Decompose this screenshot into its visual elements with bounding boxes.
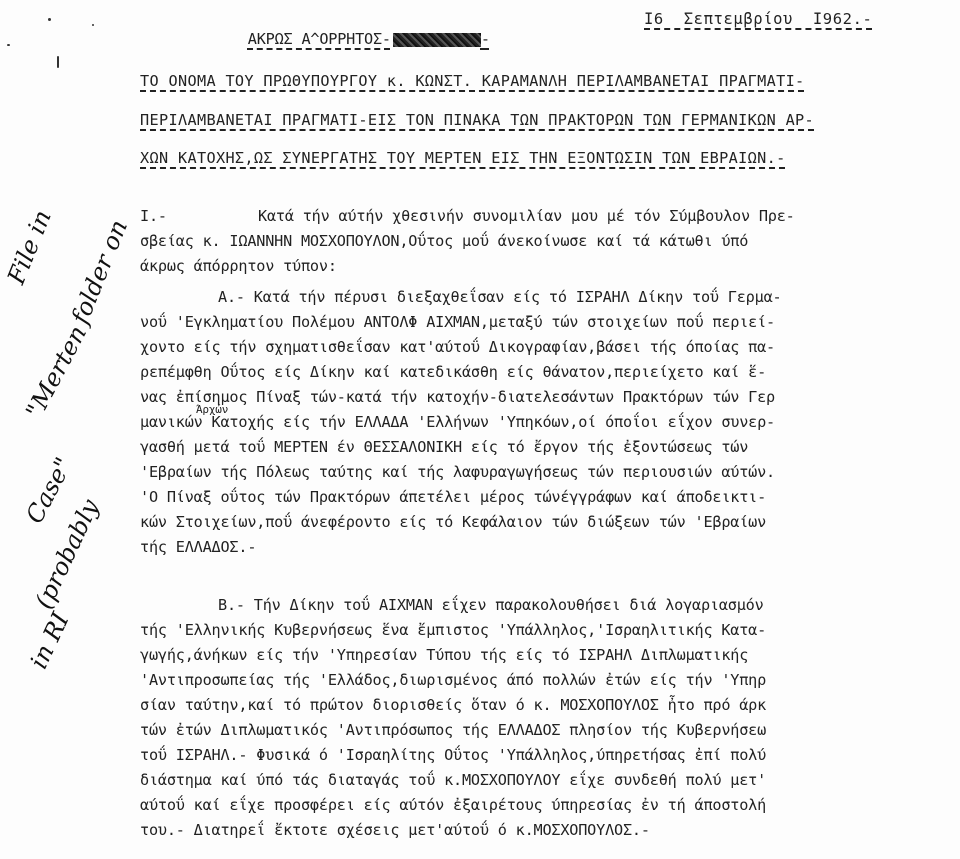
paragraph-a-line-1: Α.- Κατά τήν πέρυσι διεξαχθεΐσαν είς τό … — [218, 287, 781, 307]
paragraph-a-line-7: γασθή μετά τοΰ ΜΕΡΤΕΝ έν ΘΕΣΣΑΛΟΝΙΚΗ είς… — [140, 437, 748, 457]
paragraph-a-line-3: χοντο είς τήν σχηματισθεΐσαν κατ'αύτοΰ Δ… — [140, 337, 775, 357]
speck — [7, 44, 10, 46]
margin-note-folder-on: folder on — [66, 216, 133, 328]
paragraph-b-line-9: αύτοΰ καί εΐχε προσφέρει είς αύτόν ἐξαιρ… — [140, 795, 766, 815]
paragraph-b-line-2: τής 'Ελληνικής Κυβερνήσεως ἕνα ἔμπιστος … — [140, 620, 766, 640]
paragraph-a-line-10: κών Στοιχείων,ποΰ άνεφέροντο είς τό Κεφά… — [140, 512, 766, 532]
margin-note-file-in: File in — [2, 206, 57, 288]
speck — [48, 18, 51, 21]
paragraph-a-line-6: μανικών Κατοχής είς τήν ΕΛΛΑΔΑ 'Ελλήνων … — [140, 412, 775, 432]
title-line-1: ΤΟ ΟΝΟΜΑ ΤΟΥ ΠΡΩΘΥΠΟΥΡΓΟΥ κ. ΚΩΝΣΤ. ΚΑΡΑ… — [140, 71, 805, 91]
section-1-number: Ι.- — [140, 206, 167, 226]
paragraph-b-line-1: Β.- Τήν Δίκην τοΰ ΑΙΧΜΑΝ εΐχεν παρακολου… — [218, 595, 764, 615]
margin-note-merten: "Merten — [20, 321, 92, 423]
classification-label: ΑΚΡΩΣ Α^ΟΡΡΗΤΟΣ- — [248, 30, 391, 48]
paragraph-a-line-2: νοΰ 'Εγκληματίου Πολέμου ΑΝΤΟΛΦ ΑΙΧΜΑΝ,μ… — [140, 312, 775, 332]
paragraph-b-line-10: του.- Διατηρεΐ ἔκτοτε σχέσεις μετ'αύτοΰ … — [140, 820, 650, 840]
section-1-line-2: σβείας κ. ΙΩΑΝΝΗΝ ΜΟΣΧΟΠΟΥΛΟΝ,Οΰτος μοΰ … — [140, 231, 748, 251]
interlinear-note: Άρχών — [196, 400, 228, 420]
paragraph-a-line-4: ρεπέμφθη Οΰτος είς Δίκην καί κατεδικάσθη… — [140, 362, 766, 382]
section-1-line-3: άκρως άπόρρητον τύπον: — [140, 256, 337, 276]
title-line-3: ΧΩΝ ΚΑΤΟΧΗΣ,ΩΣ ΣΥΝΕΡΓΑΤΗΣ ΤΟΥ ΜΕΡΤΕΝ ΕΙΣ… — [140, 148, 786, 168]
paragraph-b-line-3: γωγής,άνήκων είς τήν 'Υπηρεσίαν Τύπου τή… — [140, 645, 748, 665]
document-page: ΑΚΡΩΣ Α^ΟΡΡΗΤΟΣ-- Ι6 Σεπτεμβρίου Ι962.- … — [0, 0, 960, 859]
paragraph-a-line-5: νας ἐπίσημος Πίναξ τών-κατά τήν κατοχήν-… — [140, 387, 775, 407]
speck — [57, 56, 59, 68]
redaction-block — [393, 33, 481, 47]
paragraph-a-line-9: 'Ο Πίναξ οΰτος τών Πρακτόρων άπετέλει μέ… — [140, 487, 766, 507]
section-1-line-1: Κατά τήν αύτήν χθεσινήν συνομιλίαν μου μ… — [258, 206, 795, 226]
paragraph-b-line-8: διάστημα καί ύπό τάς διαταγάς τοΰ κ.ΜΟΣΧ… — [140, 770, 766, 790]
paragraph-b-line-4: 'Αντιπροσωπείας τής 'Ελλάδος,διωρισμένος… — [140, 670, 766, 690]
paragraph-a-line-8: 'Εβραίων τής Πόλεως ταύτης καί τής λαφυρ… — [140, 462, 775, 482]
paragraph-a-line-11: τής ΕΛΛΑΔΟΣ.- — [140, 537, 256, 557]
document-date: Ι6 Σεπτεμβρίου Ι962.- — [644, 9, 872, 29]
margin-note-in-ri: in RI — [25, 608, 75, 673]
paragraph-b-line-6: τών ἐτών Διπλωματικός 'Αντιπρόσωπος τής … — [140, 720, 766, 740]
classification-header: ΑΚΡΩΣ Α^ΟΡΡΗΤΟΣ-- — [212, 9, 490, 69]
paragraph-b-line-7: τοΰ ΙΣΡΑΗΛ.- Φυσικά ό 'Ισραηλίτης Οΰτος … — [140, 745, 766, 765]
paragraph-b-line-5: σίαν ταύτην,καί τό πρώτον διορισθείς ὅτα… — [140, 695, 766, 715]
title-line-2: ΠΕΡΙΛΑΜΒΑΝΕΤΑΙ ΠΡΑΓΜΑΤΙ-ΕΙΣ ΤΟΝ ΠΙΝΑΚΑ Τ… — [140, 110, 814, 130]
speck — [92, 24, 94, 26]
